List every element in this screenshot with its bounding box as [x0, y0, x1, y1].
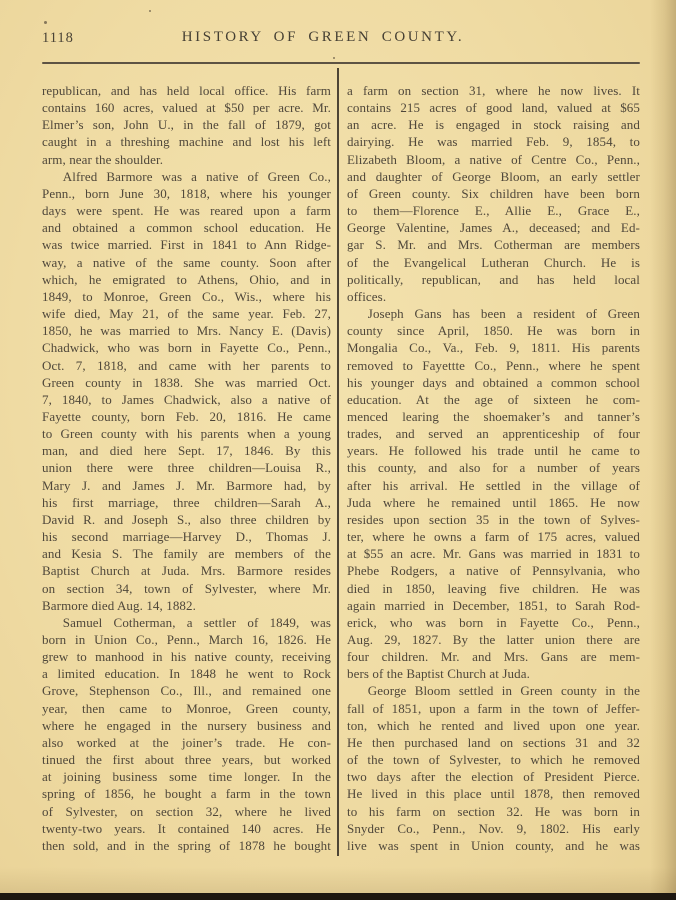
- column-divider: [337, 68, 339, 856]
- text-line: a limited education. In 1848 he went to …: [42, 665, 331, 682]
- text-line: a farm on section 31, where he now lives…: [347, 82, 640, 99]
- text-line: removed to Fayettte Co., Penn., where he…: [347, 357, 640, 374]
- text-line: to them—Florence E., Allie E., Grace E.,: [347, 202, 640, 219]
- text-line: spring of 1856, he bought a farm in the …: [42, 785, 331, 802]
- text-line: erick, who was born in Fayette Co., Penn…: [347, 614, 640, 631]
- text-line: where he engaged in the nursery business…: [42, 717, 331, 734]
- text-line: again married in December, 1851, to Sara…: [347, 597, 640, 614]
- text-line: gar S. Mr. and Mrs. Cotherman are member…: [347, 236, 640, 253]
- paragraph: Samuel Cotherman, a settler of 1849, was…: [42, 614, 331, 854]
- text-line: Penn., born June 30, 1818, where his you…: [42, 185, 331, 202]
- text-line: George Valentine, James A., deceased; an…: [347, 219, 640, 236]
- text-line: He then purchased land on sections 31 an…: [347, 734, 640, 751]
- text-line: two days after the election of President…: [347, 768, 640, 785]
- page-edge-shadow-bottom: [0, 867, 676, 893]
- text-line: Elizabeth Bloom, a native of Centre Co.,…: [347, 151, 640, 168]
- text-line: ter, where he owns a farm of 175 acres, …: [347, 528, 640, 545]
- text-line: days were spent. He was reared upon a fa…: [42, 202, 331, 219]
- text-line: contains 160 acres, valued at $50 per ac…: [42, 99, 331, 116]
- dust-speck: [44, 21, 47, 24]
- text-line: bers of the Baptist Church at Juda.: [347, 665, 640, 682]
- text-line: Samuel Cotherman, a settler of 1849, was: [42, 614, 331, 631]
- text-line: contains 215 acres of good land, valued …: [347, 99, 640, 116]
- text-line: Aug. 29, 1827. By the latter union there…: [347, 631, 640, 648]
- text-line: Alfred Barmore was a native of Green Co.…: [42, 168, 331, 185]
- text-line: 7, 1840, to James Chadwick, also a nativ…: [42, 391, 331, 408]
- text-line: of the town of Sylvester, to which he re…: [347, 751, 640, 768]
- text-line: year, then came to Monroe, Green county,: [42, 700, 331, 717]
- text-line: Oct. 7, 1818, and came with her parents …: [42, 357, 331, 374]
- text-line: man, and died here Sept. 17, 1846. By th…: [42, 442, 331, 459]
- text-line: arm, near the shoulder.: [42, 151, 331, 168]
- paragraph: Alfred Barmore was a native of Green Co.…: [42, 168, 331, 614]
- text-line: and daughter of George Bloom, an early s…: [347, 168, 640, 185]
- text-line: which, he emigrated to Athens, Ohio, and…: [42, 271, 331, 288]
- text-line: trades, and served an apprenticeship of …: [347, 425, 640, 442]
- column-right: a farm on section 31, where he now lives…: [347, 82, 640, 854]
- text-line: his first marriage, three children—Sarah…: [42, 494, 331, 511]
- text-line: wife died, May 21, of the same year. Feb…: [42, 305, 331, 322]
- text-line: tinued the first about three years, but …: [42, 751, 331, 768]
- text-line: after his arrival. He settled in the vil…: [347, 477, 640, 494]
- text-line: Fayette county, born Feb. 20, 1816. He c…: [42, 408, 331, 425]
- scan-edge-bar: [0, 893, 676, 900]
- text-line: grew to manhood in his native county, re…: [42, 648, 331, 665]
- text-line: at joining business some time longer. In…: [42, 768, 331, 785]
- text-line: politically, republican, and has held lo…: [347, 271, 640, 288]
- page-edge-shadow-right: [650, 0, 676, 900]
- text-line: also worked at the joiner’s trade. He co…: [42, 734, 331, 751]
- text-line: He lived in this place until 1878, then …: [347, 785, 640, 802]
- header-rule: [42, 62, 640, 64]
- text-line: was twice married. First in 1841 to Ann …: [42, 236, 331, 253]
- text-line: Barmore died Aug. 14, 1882.: [42, 597, 331, 614]
- text-line: of Green county. Six children have been …: [347, 185, 640, 202]
- text-line: ton, which he rented and lived upon one …: [347, 717, 640, 734]
- book-page-scan: 1118 HISTORY OF GREEN COUNTY. republican…: [0, 0, 676, 900]
- text-line: Phebe Rodgers, a native of Pennsylvania,…: [347, 562, 640, 579]
- text-line: years. He followed his trade until he ca…: [347, 442, 640, 459]
- text-line: caught in a threshing machine and lost h…: [42, 133, 331, 150]
- text-line: 1850, he was married to Mrs. Nancy E. (D…: [42, 322, 331, 339]
- text-line: republican, and has held local office. H…: [42, 82, 331, 99]
- text-line: way, a native of the same county. Soon a…: [42, 254, 331, 271]
- text-line: his younger days and obtained a common s…: [347, 374, 640, 391]
- text-line: at $55 an acre. Mr. Gans was married in …: [347, 545, 640, 562]
- text-line: then sold, and in the spring of 1878 he …: [42, 837, 331, 854]
- paragraph: Joseph Gans has been a resident of Green…: [347, 305, 640, 682]
- text-line: to Green county with his parents when a …: [42, 425, 331, 442]
- paragraph: republican, and has held local office. H…: [42, 82, 331, 168]
- text-line: Green county in 1838. She was married Oc…: [42, 374, 331, 391]
- text-line: education. At the age of sixteen he com-: [347, 391, 640, 408]
- text-line: Mongalia Co., Va., Feb. 9, 1811. His par…: [347, 339, 640, 356]
- text-line: live was spent in Union county, and he w…: [347, 837, 640, 854]
- text-line: Chadwick, who was born in Fayette Co., P…: [42, 339, 331, 356]
- text-line: David R. and Joseph S., also three child…: [42, 511, 331, 528]
- paragraph: a farm on section 31, where he now lives…: [347, 82, 640, 305]
- text-line: menced learing the shoemaker’s and tanne…: [347, 408, 640, 425]
- dust-speck: [149, 10, 151, 12]
- text-line: dairying. He was married Feb. 9, 1854, t…: [347, 133, 640, 150]
- paragraph: George Bloom settled in Green county in …: [347, 682, 640, 854]
- text-line: of Sylvester, on section 32, where he li…: [42, 803, 331, 820]
- text-line: Joseph Gans has been a resident of Green: [347, 305, 640, 322]
- text-line: four children. Mr. and Mrs. Gans are mem…: [347, 648, 640, 665]
- text-line: fall of 1851, upon a farm in the town of…: [347, 700, 640, 717]
- dust-speck: [333, 57, 335, 59]
- text-line: Grove, Stephenson Co., Ill., and remaine…: [42, 682, 331, 699]
- text-line: Juda where he remained until 1865. He no…: [347, 494, 640, 511]
- text-line: and Kesia S. The family are members of t…: [42, 545, 331, 562]
- column-left: republican, and has held local office. H…: [42, 82, 331, 854]
- text-line: offices.: [347, 288, 640, 305]
- text-line: George Bloom settled in Green county in …: [347, 682, 640, 699]
- text-line: resides upon section 35 in the town of S…: [347, 511, 640, 528]
- text-line: on section 34, town of Sylvester, where …: [42, 580, 331, 597]
- text-line: county since April, 1850. He was born in: [347, 322, 640, 339]
- text-line: to his farm on section 32. He was born i…: [347, 803, 640, 820]
- text-line: this county, and also for a number of ye…: [347, 459, 640, 476]
- text-line: died in 1850, leaving five children. He …: [347, 580, 640, 597]
- text-line: Mary J. and James J. Mr. Barmore had, by: [42, 477, 331, 494]
- text-line: his second marriage—Harvey D., Thomas J.: [42, 528, 331, 545]
- text-line: twenty-two years. It contained 140 acres…: [42, 820, 331, 837]
- text-line: Baptist Church at Juda. Mrs. Barmore res…: [42, 562, 331, 579]
- text-line: Snyder Co., Penn., Nov. 9, 1802. His ear…: [347, 820, 640, 837]
- text-line: an acre. He is engaged in stock raising …: [347, 116, 640, 133]
- text-line: Elmer’s son, John U., in the fall of 187…: [42, 116, 331, 133]
- text-line: of the Evangelical Lutheran Church. He i…: [347, 254, 640, 271]
- text-line: born in Union Co., Penn., March 16, 1826…: [42, 631, 331, 648]
- text-line: 1849, to Monroe, Green Co., Wis., where …: [42, 288, 331, 305]
- text-line: union there were three children—Louisa R…: [42, 459, 331, 476]
- text-line: and obtained a common school education. …: [42, 219, 331, 236]
- page-header-title: HISTORY OF GREEN COUNTY.: [0, 29, 646, 46]
